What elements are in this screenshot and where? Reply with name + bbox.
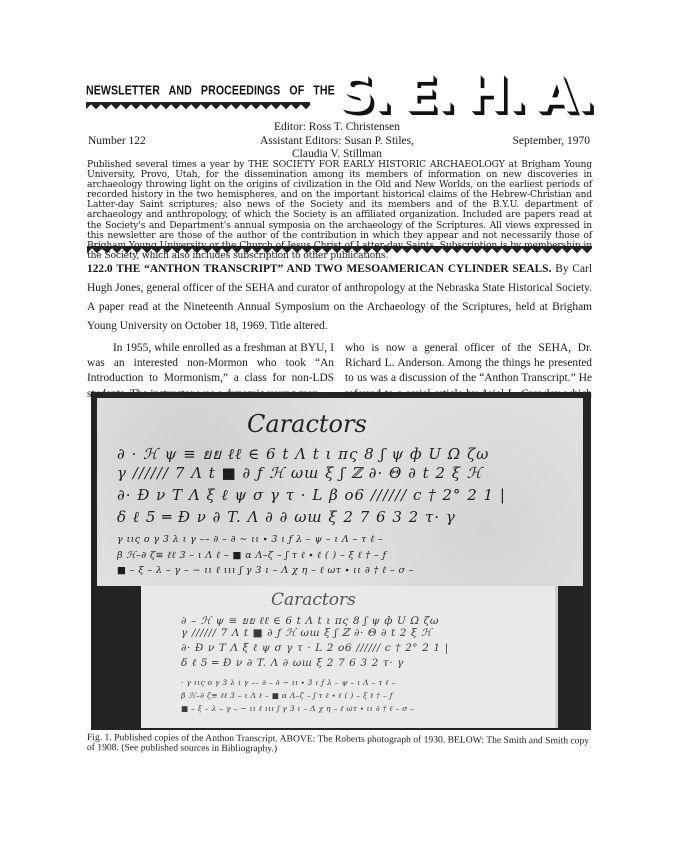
photo-smith-and-smith-1908: Caractors ∂ – ℋ ψ ≡ ยย ℓℓ ∈ 6 t Λ t ι πς… bbox=[141, 586, 558, 728]
photo-upper-line: δ ℓ 5 ═ Đ ν ∂ T. Λ ∂ ∂ ωш ξ 2 7 6 3 2 τ·… bbox=[117, 508, 577, 527]
photo-lower-line: · γ ιις ο γ 3 λ ι γ –– ∂ – ∂ ∼ ιι ∙ 3 ι … bbox=[181, 678, 551, 687]
masthead-zigzag-rule bbox=[86, 102, 310, 110]
photo-lower-heading: Caractors bbox=[271, 590, 356, 610]
section-zigzag-rule bbox=[87, 246, 592, 254]
seha-letter-h: H. bbox=[466, 66, 525, 122]
issue-date: September, 1970 bbox=[513, 135, 590, 147]
photo-upper-line: γ ιις ο γ 3 λ ι γ –– ∂ – ∂ ∼ ιι ∙ 3 ι ƒ … bbox=[117, 534, 577, 545]
article-title: 122.0 THE “ANTHON TRANSCRIPT” AND TWO ME… bbox=[87, 263, 551, 275]
figure-caption: Fig. 1. Published copies of the Anthon T… bbox=[87, 733, 597, 757]
seha-letter-a: A. bbox=[537, 66, 594, 122]
column-left-text: In 1955, while enrolled as a freshman at… bbox=[87, 342, 334, 400]
seha-logo: S. E. H. A. bbox=[338, 66, 594, 122]
photo-lower-line: γ ////// 7 Λ t ■ ∂ ƒ ℋ ωш ξ ʃ ℤ ∂· Θ ∂ t… bbox=[181, 627, 551, 639]
photo-upper-line: ∂· Đ ν T Λ ξ ℓ ψ σ γ τ · L β o6 ////// c… bbox=[117, 486, 577, 505]
photo-upper-heading: Caractors bbox=[247, 410, 367, 438]
photo-upper-line: β ℋ–∂ ζ≡ ℓℓ 3 – ι Λ ℓ – ■ α Λ–ζ – ʃ τ ℓ … bbox=[117, 550, 577, 561]
photo-upper-line: ■ – ξ – λ – γ – − ιι ℓ ιιι ʃ γ 3 ι – Λ χ… bbox=[117, 565, 577, 576]
issue-number: Number 122 bbox=[88, 135, 146, 147]
seha-letter-e: E. bbox=[403, 66, 454, 122]
seha-letter-s: S. bbox=[338, 66, 391, 122]
photo-lower-line: δ ℓ 5 ═ Đ ν ∂ T. Λ ∂ ωш ξ 2 7 6 3 2 τ· γ bbox=[181, 657, 551, 669]
editor-line: Editor: Ross T. Christensen bbox=[210, 121, 464, 135]
photo-lower-line: ■ – ξ – λ – γ – − ιι ℓ ιιι ʃ γ 3 ι – Λ χ… bbox=[181, 704, 551, 713]
article-header: 122.0 THE “ANTHON TRANSCRIPT” AND TWO ME… bbox=[87, 260, 592, 336]
photo-lower-line: ∂· Đ ν T Λ ξ ℓ ψ σ γ τ · L 2 o6 ////// c… bbox=[181, 642, 551, 654]
photo-upper-line: ∂ · ℋ ψ ≡ ยย ℓℓ ∈ 6 t Λ t ι πς 8 ʃ ψ ф U… bbox=[117, 442, 577, 466]
editor-block: Editor: Ross T. Christensen Assistant Ed… bbox=[210, 121, 464, 162]
photo-lower-line: β ℋ–∂ ζ≡ ℓℓ 3 – ι Λ ℓ – ■ α Λ–ζ – ʃ τ ℓ … bbox=[181, 691, 551, 700]
masthead-title: NEWSLETTER AND PROCEEDINGS OF THE bbox=[86, 83, 310, 98]
assistant-editors-line: Assistant Editors: Susan P. Stiles, bbox=[210, 135, 464, 149]
figure-anthon-transcript: Caractors ∂ · ℋ ψ ≡ ยย ℓℓ ∈ 6 t Λ t ι πς… bbox=[91, 392, 591, 730]
photo-roberts-1930: Caractors ∂ · ℋ ψ ≡ ยย ℓℓ ∈ 6 t Λ t ι πς… bbox=[97, 398, 583, 586]
photo-upper-line: γ ////// 7 Λ t ■ ∂ ƒ ℋ ωш ξ ʃ ℤ ∂· Θ ∂ t… bbox=[117, 464, 577, 482]
